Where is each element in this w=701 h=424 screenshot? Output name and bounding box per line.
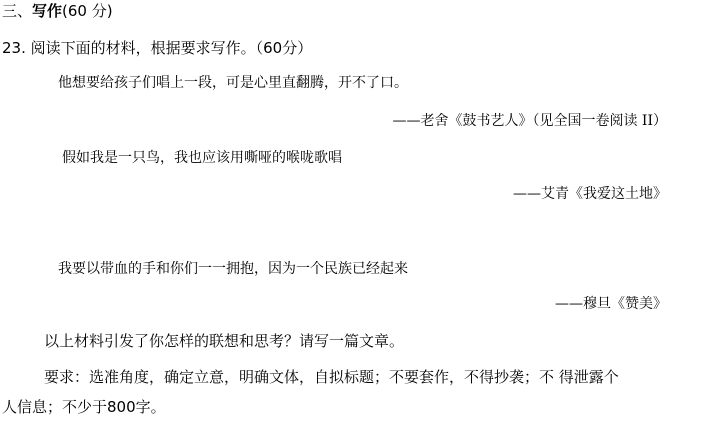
- material-attribution-1: ——老舍《鼓书艺人》（见全国一卷阅读 II）: [392, 114, 667, 128]
- section-number: 三、: [2, 2, 32, 20]
- requirements-line-1: 要求：选准角度，确定立意，明确文体，自拟标题；不要套作，不得抄袭；不 得泄露个: [44, 370, 619, 385]
- material-attribution-3: ——穆旦《赞美》: [555, 297, 667, 311]
- question-heading: 23. 阅读下面的材料，根据要求写作。（60分）: [2, 41, 312, 56]
- requirements-line-2: 人信息；不少于800字。: [2, 400, 166, 415]
- writing-prompt: 以上材料引发了你怎样的联想和思考？请写一篇文章。: [44, 334, 404, 349]
- material-quote-3: 我要以带血的手和你们一一拥抱，因为一个民族已经起来: [58, 262, 408, 276]
- material-quote-2: 假如我是一只鸟，我也应该用嘶哑的喉咙歌唱: [62, 151, 342, 165]
- material-quote-1: 他想要给孩子们唱上一段，可是心里直翻腾，开不了口。: [58, 76, 408, 90]
- material-attribution-2: ——艾青《我爱这土地》: [513, 187, 667, 201]
- section-heading: 三、写作(60 分): [2, 4, 113, 19]
- section-score: (60 分): [62, 2, 113, 20]
- section-title: 写作: [32, 2, 62, 20]
